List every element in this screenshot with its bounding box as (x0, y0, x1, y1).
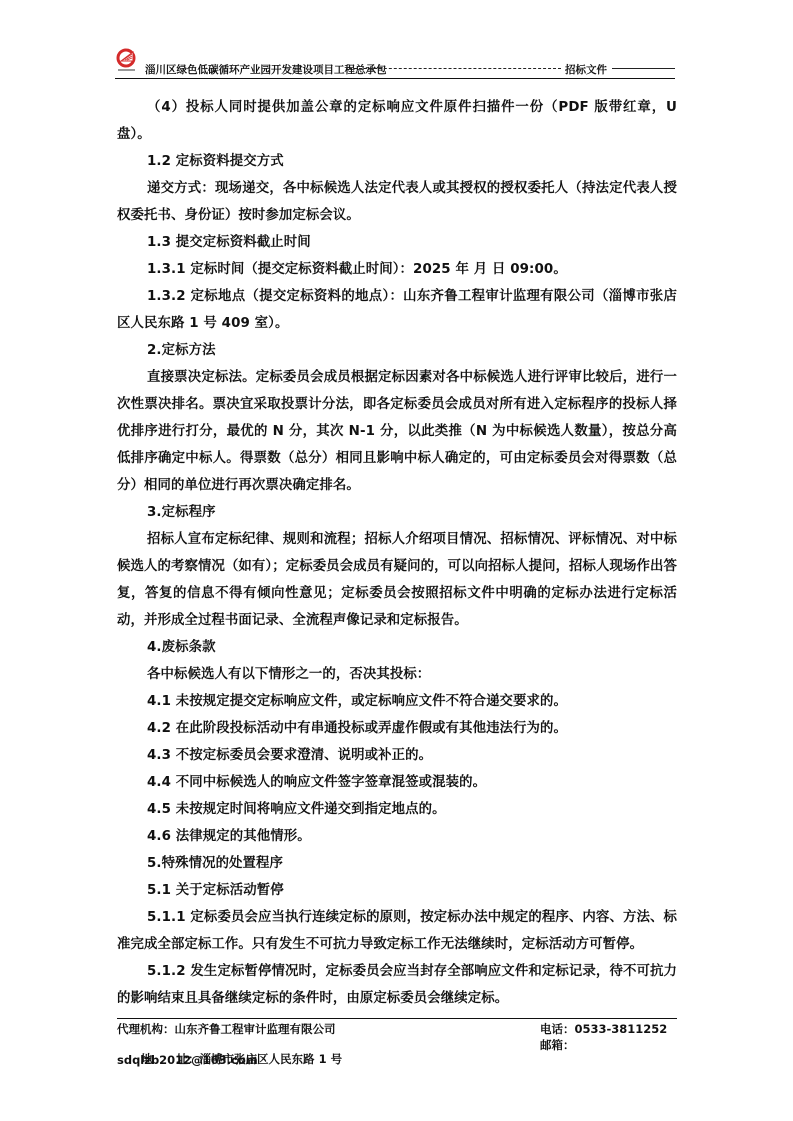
clause-4-6: 4.6 法律规定的其他情形。 (117, 823, 677, 850)
company-logo-icon (115, 48, 139, 74)
document-body: （4）投标人同时提供加盖公章的定标响应文件原件扫描件一份（PDF 版带红章，U … (117, 94, 677, 1012)
header-dashed-line (349, 68, 561, 69)
phone-label: 电话： (540, 1022, 575, 1036)
paragraph-rejection-intro: 各中标候选人有以下情形之一的，否决其投标： (117, 661, 677, 688)
phone-value: 0533-3811252 (575, 1022, 668, 1036)
email-value: sdqlzb2012@163.com (117, 1053, 258, 1067)
heading-1-2: 1.2 定标资料提交方式 (117, 148, 677, 175)
heading-2: 2.定标方法 (117, 337, 677, 364)
clause-4-5: 4.5 未按规定时间将响应文件递交到指定地点的。 (117, 796, 677, 823)
clause-4-2: 4.2 在此阶段投标活动中有串通投标或弄虚作假或有其他违法行为的。 (117, 715, 677, 742)
paragraph-1-3-2: 1.3.2 定标地点（提交定标资料的地点）：山东齐鲁工程审计监理有限公司（淄博市… (117, 283, 677, 337)
agency-value: 山东齐鲁工程审计监理有限公司 (175, 1022, 336, 1036)
heading-5: 5.特殊情况的处置程序 (117, 850, 677, 877)
heading-4: 4.废标条款 (117, 634, 677, 661)
agency-label: 代理机构： (117, 1022, 175, 1036)
footer-rule (117, 1018, 677, 1019)
paragraph-procedure: 招标人宣布定标纪律、规则和流程；招标人介绍项目情况、招标情况、评标情况、对中标候… (117, 526, 677, 634)
header-doc-type: 招标文件 (565, 62, 607, 77)
footer-row-address: 地 址：淄博市张店区人民东路 1 号 邮箱： (117, 1037, 677, 1053)
paragraph-5-1-2: 5.1.2 发生定标暂停情况时，定标委员会应当封存全部响应文件和定标记录，待不可… (117, 958, 677, 1012)
page-footer: 代理机构：山东齐鲁工程审计监理有限公司 电话：0533-3811252 地 址：… (117, 1018, 677, 1069)
footer-row-email: sdqlzb2012@163.com (117, 1053, 677, 1069)
paragraph-method: 直接票决定标法。定标委员会成员根据定标因素对各中标候选人进行评审比较后，进行一次… (117, 364, 677, 499)
header-rule (115, 78, 675, 79)
paragraph-scan-copy: （4）投标人同时提供加盖公章的定标响应文件原件扫描件一份（PDF 版带红章，U … (117, 94, 677, 148)
heading-3: 3.定标程序 (117, 499, 677, 526)
heading-5-1: 5.1 关于定标活动暂停 (117, 877, 677, 904)
paragraph-submission-method: 递交方式：现场递交，各中标候选人法定代表人或其授权的授权委托人（持法定代表人授权… (117, 175, 677, 229)
clause-4-4: 4.4 不同中标候选人的响应文件签字签章混签或混装的。 (117, 769, 677, 796)
page-header: 淄川区绿色低碳循环产业园开发建设项目工程总承包 招标文件 (115, 48, 675, 80)
heading-1-3: 1.3 提交定标资料截止时间 (117, 229, 677, 256)
header-solid-line (612, 68, 675, 69)
paragraph-1-3-1: 1.3.1 定标时间（提交定标资料截止时间）：2025 年 月 日 09:00。 (117, 256, 677, 283)
paragraph-5-1-1: 5.1.1 定标委员会应当执行连续定标的原则，按定标办法中规定的程序、内容、方法… (117, 904, 677, 958)
footer-row-agency: 代理机构：山东齐鲁工程审计监理有限公司 电话：0533-3811252 (117, 1021, 677, 1037)
clause-4-3: 4.3 不按定标委员会要求澄清、说明或补正的。 (117, 742, 677, 769)
header-project-title: 淄川区绿色低碳循环产业园开发建设项目工程总承包 (145, 62, 387, 77)
email-label: 邮箱： (540, 1038, 575, 1052)
clause-4-1: 4.1 未按规定提交定标响应文件，或定标响应文件不符合递交要求的。 (117, 688, 677, 715)
